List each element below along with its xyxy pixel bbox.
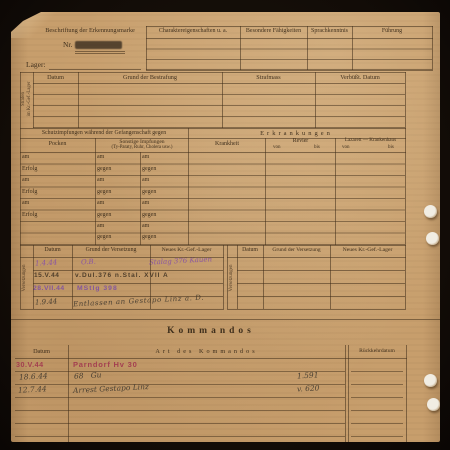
kommando-entry-nr: 1.591: [297, 370, 319, 380]
strafen-header-verbuesst: Verbüßt. Datum: [315, 74, 405, 81]
impfung-gegen-label: gegen: [142, 166, 156, 173]
kommandos-header-art: Art des Kommandos: [68, 348, 345, 355]
impfung-gegen-label: gegen: [142, 212, 156, 219]
versetzungen-header-grund-right: Grund der Versetzung: [263, 247, 330, 253]
pocken-header: Pocken: [20, 141, 95, 148]
lager-label: Lager:: [26, 61, 46, 70]
versetzung-entry-datum: 1.9.44: [35, 297, 58, 306]
versetzung-entry-datum: 28.VII.44: [33, 285, 65, 292]
impfung-erfolg-label: Erfolg: [22, 212, 37, 219]
versetzung-entry-grund: v.Dul.376 n.Stal. XVII A: [75, 272, 169, 279]
versetzungen-header-datum-right: Datum: [237, 247, 263, 254]
kommandos-header-rueckkehr: Rückkehrdatum: [348, 348, 406, 354]
versetzung-entry-grund: MStlg 398: [77, 285, 118, 292]
impfung-gegen-label: gegen: [97, 234, 111, 241]
strafen-header-datum: Datum: [33, 74, 78, 81]
impfung-am-label: am: [97, 177, 104, 184]
punch-hole: [424, 205, 437, 218]
erkennungsmarke-label: Beschriftung der Erkennungsmarke: [29, 27, 151, 34]
impfung-gegen-label: gegen: [97, 166, 111, 173]
punch-hole: [424, 374, 437, 387]
kommando-entry-datum: 30.V.44: [16, 360, 44, 369]
kommandos-title: Kommandos: [15, 326, 407, 337]
strafen-side-label-line2: im Kr.-Gef.-Lager: [27, 81, 32, 116]
top-blank-rows: [146, 39, 432, 70]
impfung-gegen-label: gegen: [142, 234, 156, 241]
versetzung-entry-datum: 1.4.44: [35, 258, 58, 267]
column-header-fuehrung: Führung: [353, 28, 431, 35]
versetzung-entry-datum: 15.V.44: [34, 272, 59, 279]
impfung-gegen-label: gegen: [97, 212, 111, 219]
impfung-am-label: am: [142, 154, 149, 161]
impfung-am-label: am: [97, 200, 104, 207]
strafen-header-grund: Grund der Bestrafung: [78, 74, 222, 81]
column-header-faehigkeiten: Besondere Fähigkeiten: [241, 28, 306, 35]
prisoner-card: Beschriftung der Erkennungsmarke Nr. Lag…: [11, 12, 440, 442]
nr-label: Nr.: [63, 41, 72, 50]
impfung-gegen-label: gegen: [142, 189, 156, 196]
kommando-entry-art: 68 Gu: [74, 370, 102, 380]
versetzungen-header-grund: Grund der Versetzung: [72, 247, 150, 254]
kommandos-header-datum: Datum: [15, 348, 68, 355]
sonstige-impfungen-subheader: (Ty-Paraty, Ruhr, Cholera usw.): [96, 145, 188, 151]
nr-value-smudge: [75, 41, 122, 49]
impfung-am-label: am: [97, 223, 104, 230]
punch-hole: [426, 232, 439, 245]
impfungen-header: Schutzimpfungen während der Gefangenscha…: [21, 130, 187, 137]
impfung-am-label: am: [142, 200, 149, 207]
lazarett-bis-label: bis: [388, 145, 394, 151]
scan-background: Beschriftung der Erkennungsmarke Nr. Lag…: [0, 0, 450, 450]
strafen-side-label: Strafen im Kr.-Gef.-Lager: [21, 72, 32, 126]
impfung-am-label: am: [142, 177, 149, 184]
revier-von-label: von: [273, 145, 281, 151]
impfung-am-label: am: [22, 200, 29, 207]
punch-hole: [427, 398, 440, 411]
impfung-am-label: am: [142, 223, 149, 230]
impfung-gegen-label: gegen: [97, 189, 111, 196]
lazarett-von-label: von: [342, 145, 350, 151]
impfung-am-label: am: [22, 154, 29, 161]
impfung-erfolg-label: Erfolg: [22, 189, 37, 196]
krankheit-header: Krankheit: [189, 141, 265, 148]
impfung-am-label: am: [97, 154, 104, 161]
kommando-entry-art: Parndorf Hv 30: [73, 360, 138, 369]
kommando-entry-datum: 18.6.44: [19, 371, 48, 381]
column-header-sprachkenntnis: Sprachkenntnis: [308, 28, 351, 35]
versetzungen-header-datum: Datum: [33, 247, 72, 254]
impfung-erfolg-label: Erfolg: [22, 166, 37, 173]
versetzungen-header-lager: Neues Kr.-Gef.-Lager: [150, 247, 223, 254]
versetzung-entry-grund: O.B.: [81, 258, 96, 267]
strafen-header-strafmass: Strafmass: [222, 74, 315, 81]
column-header-charakter: Charaktereigenschaften u. a.: [147, 28, 239, 35]
kommando-entry-nr: v. 620: [297, 383, 320, 393]
erkrankungen-rows: [188, 153, 405, 245]
kommandos-rueckkehr-rows: [351, 359, 403, 443]
versetzungen-header-lager-right: Neues Kr.-Gef.-Lager: [330, 247, 405, 254]
strafen-blank-rows: [33, 84, 405, 128]
revier-bis-label: bis: [314, 145, 320, 151]
kommando-entry-datum: 12.7.44: [18, 384, 47, 394]
strafen-side-label-line1: Strafen: [21, 92, 26, 106]
impfung-am-label: am: [22, 177, 29, 184]
